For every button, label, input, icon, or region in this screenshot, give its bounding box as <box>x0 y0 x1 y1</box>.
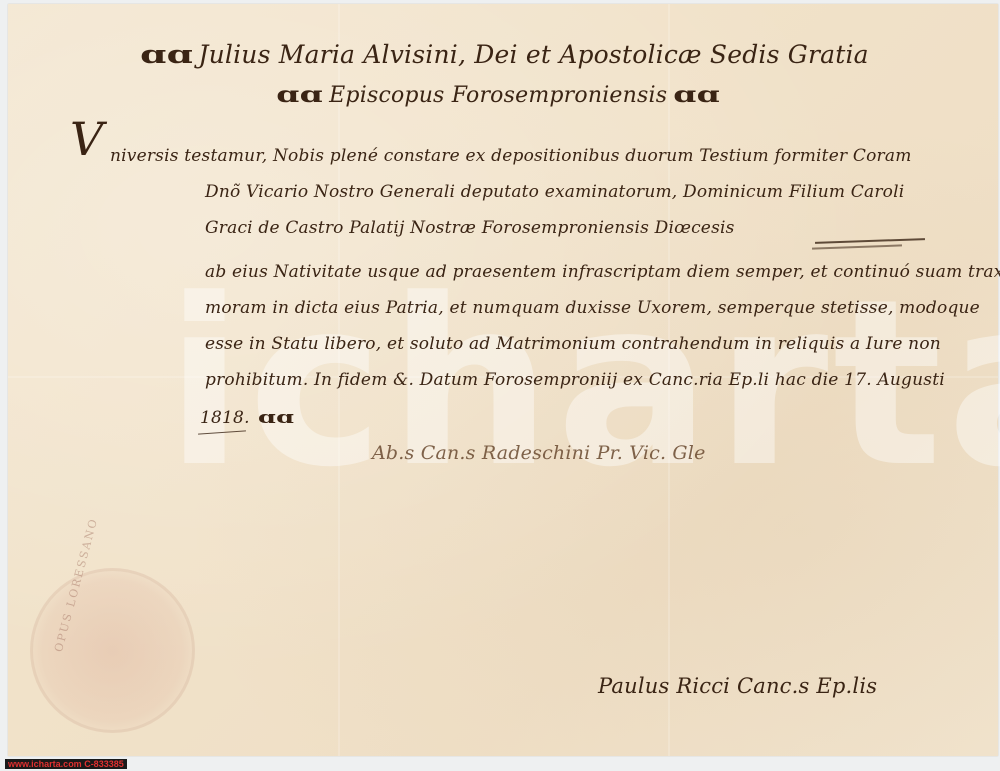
heading-line-2: ɑɑEpiscopus Forosemproniensisɑɑ <box>270 82 726 108</box>
body-line-5: moram in dicta eius Patria, et numquam d… <box>205 298 980 318</box>
heading-line-1: ɑɑJulius Maria Alvisini, Dei et Apostoli… <box>135 40 869 69</box>
date-line: 1818.ɑɑ <box>200 408 302 428</box>
notary-signature: Ab.s Can.s Radeschini Pr. Vic. Gle <box>372 442 706 464</box>
heading-text-2: Episcopus Forosemproniensis <box>329 83 667 108</box>
body-line-7: prohibitum. In fidem &. Datum Forosempro… <box>205 370 945 390</box>
decorated-initial: V <box>70 112 103 166</box>
flourish-icon: ɑɑ <box>140 40 193 69</box>
chancellor-signature: Paulus Ricci Canc.s Ep.lis <box>598 674 877 698</box>
flourish-icon: ɑɑ <box>258 408 294 428</box>
body-line-6: esse in Statu libero, et soluto ad Matri… <box>205 334 941 354</box>
date-year: 1818. <box>200 408 250 428</box>
source-label: www.icharta.com C-833385 <box>5 759 127 769</box>
flourish-icon: ɑɑ <box>276 82 323 108</box>
body-line-2: Dnõ Vicario Nostro Generali deputato exa… <box>205 182 904 202</box>
heading-text-1: Julius Maria Alvisini, Dei et Apostolicæ… <box>198 40 868 69</box>
body-line-4: ab eius Nativitate usque ad praesentem i… <box>205 262 1000 282</box>
flourish-icon: ɑɑ <box>673 82 720 108</box>
scan-frame: OPUS LORESSANO icharta ɑɑJulius Maria Al… <box>0 0 1000 771</box>
body-line-3: Graci de Castro Palatij Nostræ Forosempr… <box>205 218 735 238</box>
body-line-1: niversis testamur, Nobis plené constare … <box>110 146 912 166</box>
